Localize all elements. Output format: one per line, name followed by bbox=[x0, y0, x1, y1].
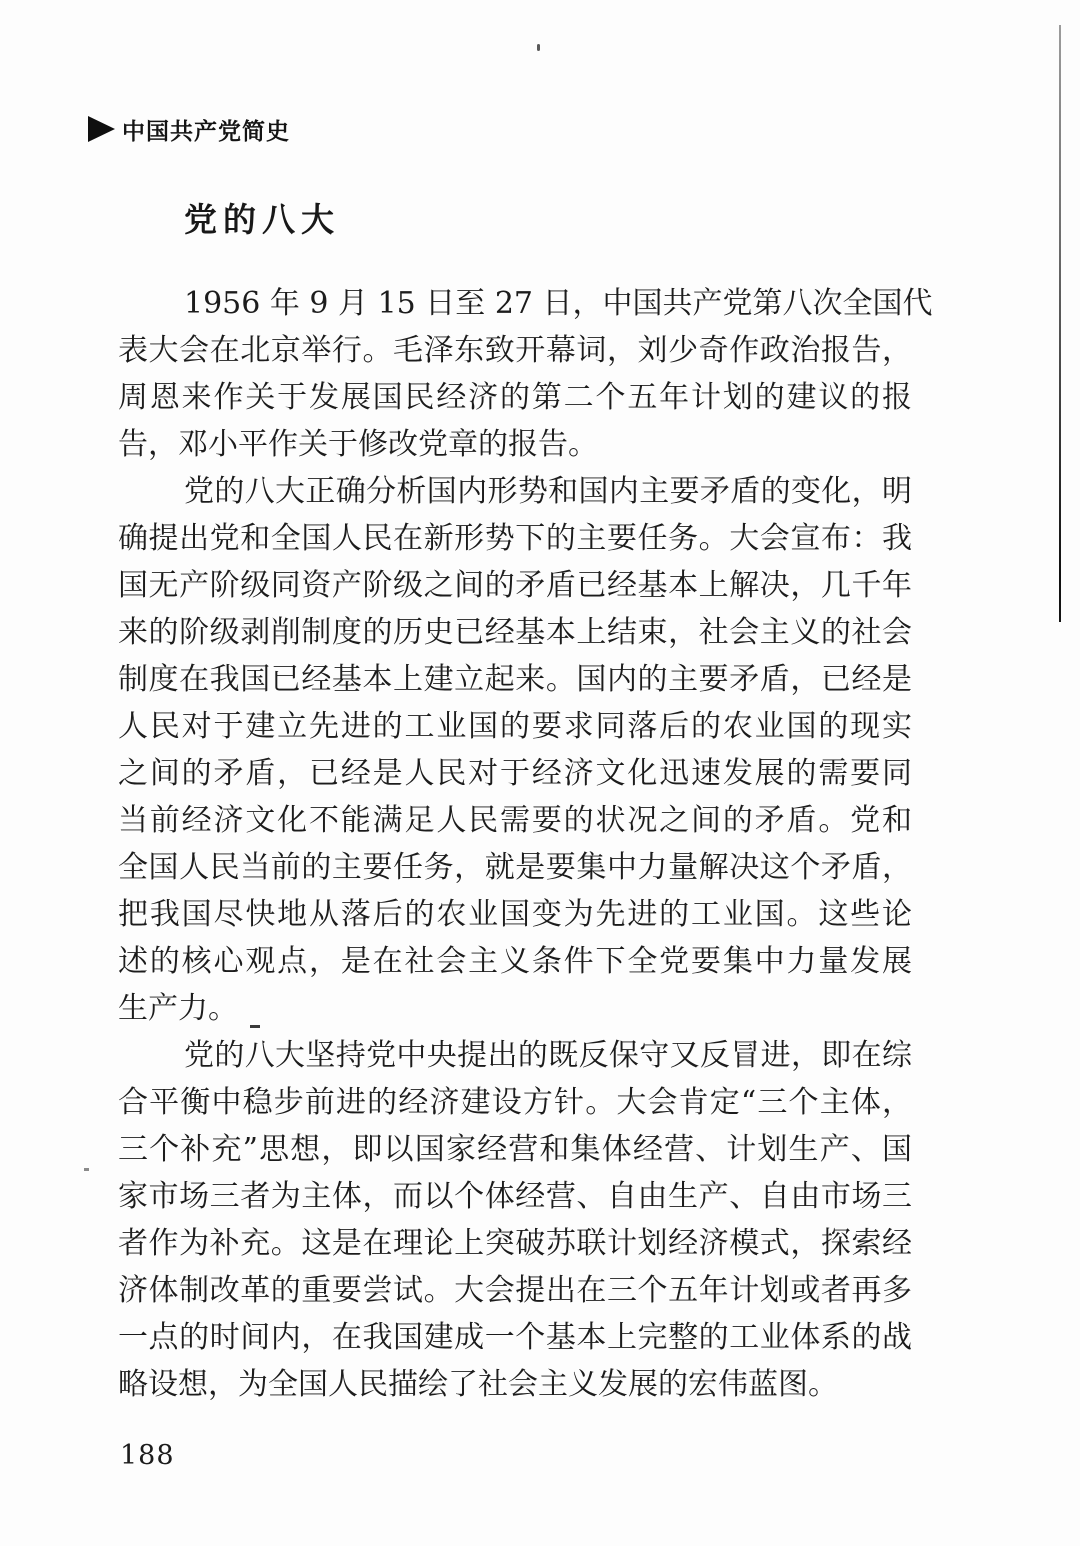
text-line: 者作为补充。这是在理论上突破苏联计划经济模式，探索经 bbox=[118, 1220, 912, 1267]
text-line: 家市场三者为主体，而以个体经营、自由生产、自由市场三 bbox=[118, 1173, 912, 1220]
text-line: 之间的矛盾，已经是人民对于经济文化迅速发展的需要同 bbox=[118, 750, 912, 797]
scan-edge-line bbox=[1059, 25, 1061, 622]
text-line: 确提出党和全国人民在新形势下的主要任务。大会宣布：我 bbox=[118, 515, 912, 562]
text-line: 把我国尽快地从落后的农业国变为先进的工业国。这些论 bbox=[118, 891, 912, 938]
text-line: 告，邓小平作关于修改党章的报告。 bbox=[118, 421, 912, 468]
text-line: 合平衡中稳步前进的经济建设方针。大会肯定“三个主体， bbox=[118, 1079, 912, 1126]
text-line: 周恩来作关于发展国民经济的第二个五年计划的建议的报 bbox=[118, 374, 912, 421]
text-line: 1956 年 9 月 15 日至 27 日，中国共产党第八次全国代 bbox=[118, 280, 912, 327]
page-number: 188 bbox=[120, 1440, 175, 1471]
text-line: 当前经济文化不能满足人民需要的状况之间的矛盾。党和 bbox=[118, 797, 912, 844]
text-line: 略设想，为全国人民描绘了社会主义发展的宏伟蓝图。 bbox=[118, 1361, 912, 1408]
text-line: 一点的时间内，在我国建成一个基本上完整的工业体系的战 bbox=[118, 1314, 912, 1361]
text-line: 人民对于建立先进的工业国的要求同落后的农业国的现实 bbox=[118, 703, 912, 750]
scan-speck bbox=[250, 1025, 260, 1028]
text-line: 生产力。 bbox=[118, 985, 912, 1032]
body-text: 1956 年 9 月 15 日至 27 日，中国共产党第八次全国代 表大会在北京… bbox=[118, 280, 912, 1408]
text-line: 制度在我国已经基本上建立起来。国内的主要矛盾，已经是 bbox=[118, 656, 912, 703]
right-triangle-icon bbox=[88, 116, 115, 142]
scan-speck bbox=[537, 44, 540, 51]
text-line: 表大会在北京举行。毛泽东致开幕词，刘少奇作政治报告， bbox=[118, 327, 912, 374]
section-title: 党的八大 bbox=[184, 194, 340, 241]
book-page: 中国共产党简史 党的八大 1956 年 9 月 15 日至 27 日，中国共产党… bbox=[0, 0, 1080, 1546]
text-line: 济体制改革的重要尝试。大会提出在三个五年计划或者再多 bbox=[118, 1267, 912, 1314]
text-line: 党的八大坚持党中央提出的既反保守又反冒进，即在综 bbox=[118, 1032, 912, 1079]
scan-speck bbox=[84, 1168, 89, 1171]
text-line: 来的阶级剥削制度的历史已经基本上结束，社会主义的社会 bbox=[118, 609, 912, 656]
text-line: 述的核心观点，是在社会主义条件下全党要集中力量发展 bbox=[118, 938, 912, 985]
text-line: 全国人民当前的主要任务，就是要集中力量解决这个矛盾， bbox=[118, 844, 912, 891]
text-line: 三个补充”思想，即以国家经营和集体经营、计划生产、国 bbox=[118, 1126, 912, 1173]
page-header: 中国共产党简史 bbox=[88, 112, 290, 146]
book-title: 中国共产党简史 bbox=[122, 113, 290, 146]
text-line: 国无产阶级同资产阶级之间的矛盾已经基本上解决，几千年 bbox=[118, 562, 912, 609]
text-line: 党的八大正确分析国内形势和国内主要矛盾的变化，明 bbox=[118, 468, 912, 515]
